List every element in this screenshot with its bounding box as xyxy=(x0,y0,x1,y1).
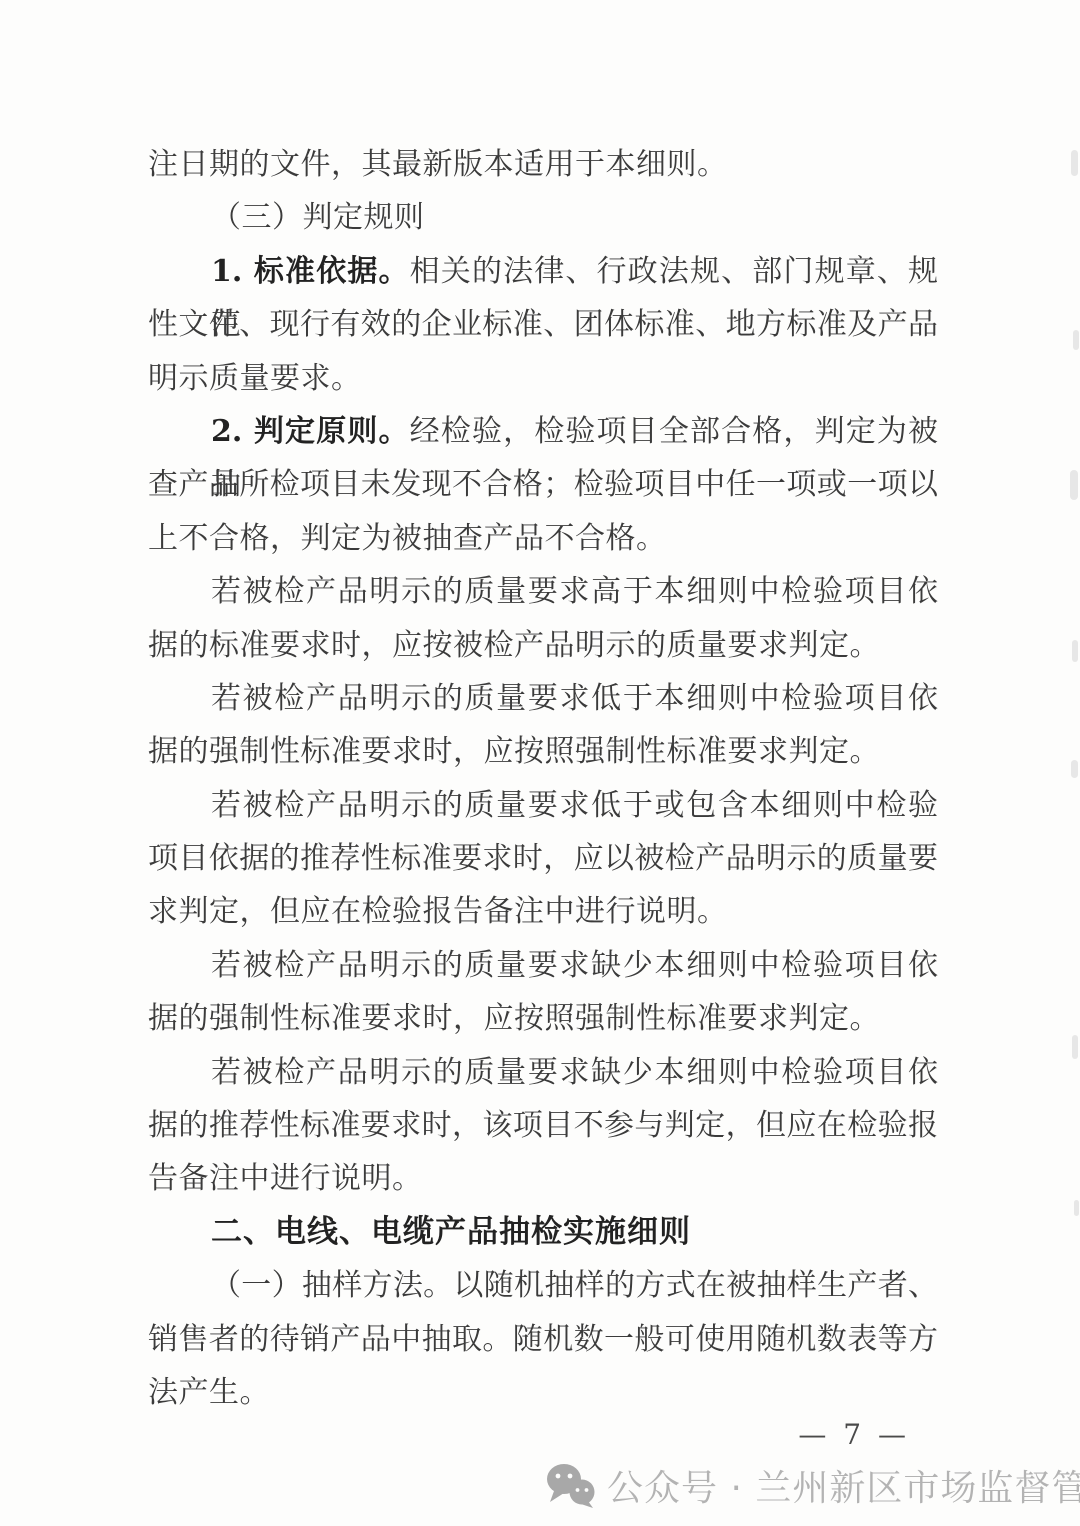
text-line: 若被检产品明示的质量要求低于本细则中检验项目依 xyxy=(148,672,938,725)
text-line: 性文件、现行有效的企业标准、团体标准、地方标准及产品 xyxy=(148,298,938,351)
text-line: 据的强制性标准要求时，应按照强制性标准要求判定。 xyxy=(148,725,938,778)
text-run: 据的推荐性标准要求时，该项目不参与判定，但应在检验报 xyxy=(148,1108,938,1143)
text-line: 2. 判定原则。经检验，检验项目全部合格，判定为被抽 xyxy=(148,405,938,458)
text-line: 法产生。 xyxy=(148,1366,938,1419)
page-number: — 7 — xyxy=(798,1418,910,1451)
watermark: 公众号 · 兰州新区市场监督管理局 xyxy=(545,1460,1080,1511)
text-run: 据的标准要求时，应按被检产品明示的质量要求判定。 xyxy=(148,628,880,663)
watermark-text: 公众号 · 兰州新区市场监督管理局 xyxy=(607,1460,1080,1511)
text-run: 法产生。 xyxy=(148,1375,270,1410)
wechat-icon xyxy=(545,1462,597,1510)
text-line: 据的推荐性标准要求时，该项目不参与判定，但应在检验报 xyxy=(148,1099,938,1152)
text-run: 销售者的待销产品中抽取。随机数一般可使用随机数表等方 xyxy=(148,1322,938,1357)
text-line: 销售者的待销产品中抽取。随机数一般可使用随机数表等方 xyxy=(148,1313,938,1366)
text-line: 注日期的文件，其最新版本适用于本细则。 xyxy=(148,138,938,191)
text-run: 项目依据的推荐性标准要求时，应以被检产品明示的质量要 xyxy=(148,841,938,876)
text-line: 告备注中进行说明。 xyxy=(148,1152,938,1205)
text-line: 项目依据的推荐性标准要求时，应以被检产品明示的质量要 xyxy=(148,832,938,885)
text-line: 若被检产品明示的质量要求高于本细则中检验项目依 xyxy=(148,565,938,618)
scan-artifact xyxy=(1070,470,1078,500)
scan-artifact xyxy=(1072,640,1078,662)
text-line: 据的标准要求时，应按被检产品明示的质量要求判定。 xyxy=(148,619,938,672)
text-line: 上不合格，判定为被抽查产品不合格。 xyxy=(148,512,938,565)
text-run: 若被检产品明示的质量要求高于本细则中检验项目依 xyxy=(211,574,938,609)
text-line: 据的强制性标准要求时，应按照强制性标准要求判定。 xyxy=(148,992,938,1045)
document-page: 注日期的文件，其最新版本适用于本细则。（三）判定规则1. 标准依据。相关的法律、… xyxy=(0,0,1080,1526)
section-heading: 二、电线、电缆产品抽检实施细则 xyxy=(148,1206,938,1259)
text-run: （三）判定规则 xyxy=(211,200,425,235)
text-run: 性文件、现行有效的企业标准、团体标准、地方标准及产品 xyxy=(148,307,938,342)
text-run: 据的强制性标准要求时，应按照强制性标准要求判定。 xyxy=(148,1001,880,1036)
text-line: 查产品所检项目未发现不合格；检验项目中任一项或一项以 xyxy=(148,458,938,511)
text-run: 上不合格，判定为被抽查产品不合格。 xyxy=(148,521,667,556)
text-line: （一）抽样方法。以随机抽样的方式在被抽样生产者、 xyxy=(148,1259,938,1312)
text-run: 明示质量要求。 xyxy=(148,361,362,396)
text-run: （一）抽样方法。以随机抽样的方式在被抽样生产者、 xyxy=(211,1268,938,1303)
text-line: 若被检产品明示的质量要求低于或包含本细则中检验 xyxy=(148,779,938,832)
text-run: 若被检产品明示的质量要求缺少本细则中检验项目依 xyxy=(211,1055,938,1090)
text-line: 明示质量要求。 xyxy=(148,352,938,405)
text-run: 若被检产品明示的质量要求低于或包含本细则中检验 xyxy=(211,788,938,823)
text-run: 二、电线、电缆产品抽检实施细则 xyxy=(211,1214,691,1250)
text-line: 求判定，但应在检验报告备注中进行说明。 xyxy=(148,885,938,938)
text-line: 若被检产品明示的质量要求缺少本细则中检验项目依 xyxy=(148,1046,938,1099)
text-run: 若被检产品明示的质量要求缺少本细则中检验项目依 xyxy=(211,948,938,983)
text-run: 若被检产品明示的质量要求低于本细则中检验项目依 xyxy=(211,681,938,716)
document-lines: 注日期的文件，其最新版本适用于本细则。（三）判定规则1. 标准依据。相关的法律、… xyxy=(148,138,938,1419)
scan-artifact xyxy=(1074,1200,1079,1216)
scan-artifact xyxy=(1071,760,1078,778)
scan-artifact xyxy=(1071,150,1078,176)
text-run: 注日期的文件，其最新版本适用于本细则。 xyxy=(148,147,728,182)
text-run: 据的强制性标准要求时，应按照强制性标准要求判定。 xyxy=(148,734,880,769)
text-line: （三）判定规则 xyxy=(148,191,938,244)
text-line: 1. 标准依据。相关的法律、行政法规、部门规章、规范 xyxy=(148,245,938,298)
text-run: 告备注中进行说明。 xyxy=(148,1161,423,1196)
scan-artifact xyxy=(1072,1035,1078,1059)
scan-artifact xyxy=(1073,330,1079,350)
text-line: 若被检产品明示的质量要求缺少本细则中检验项目依 xyxy=(148,939,938,992)
text-run: 查产品所检项目未发现不合格；检验项目中任一项或一项以 xyxy=(148,467,938,502)
text-run: 求判定，但应在检验报告备注中进行说明。 xyxy=(148,894,728,929)
bold-run: 1. 标准依据。 xyxy=(211,254,410,289)
bold-run: 2. 判定原则。 xyxy=(211,414,410,449)
